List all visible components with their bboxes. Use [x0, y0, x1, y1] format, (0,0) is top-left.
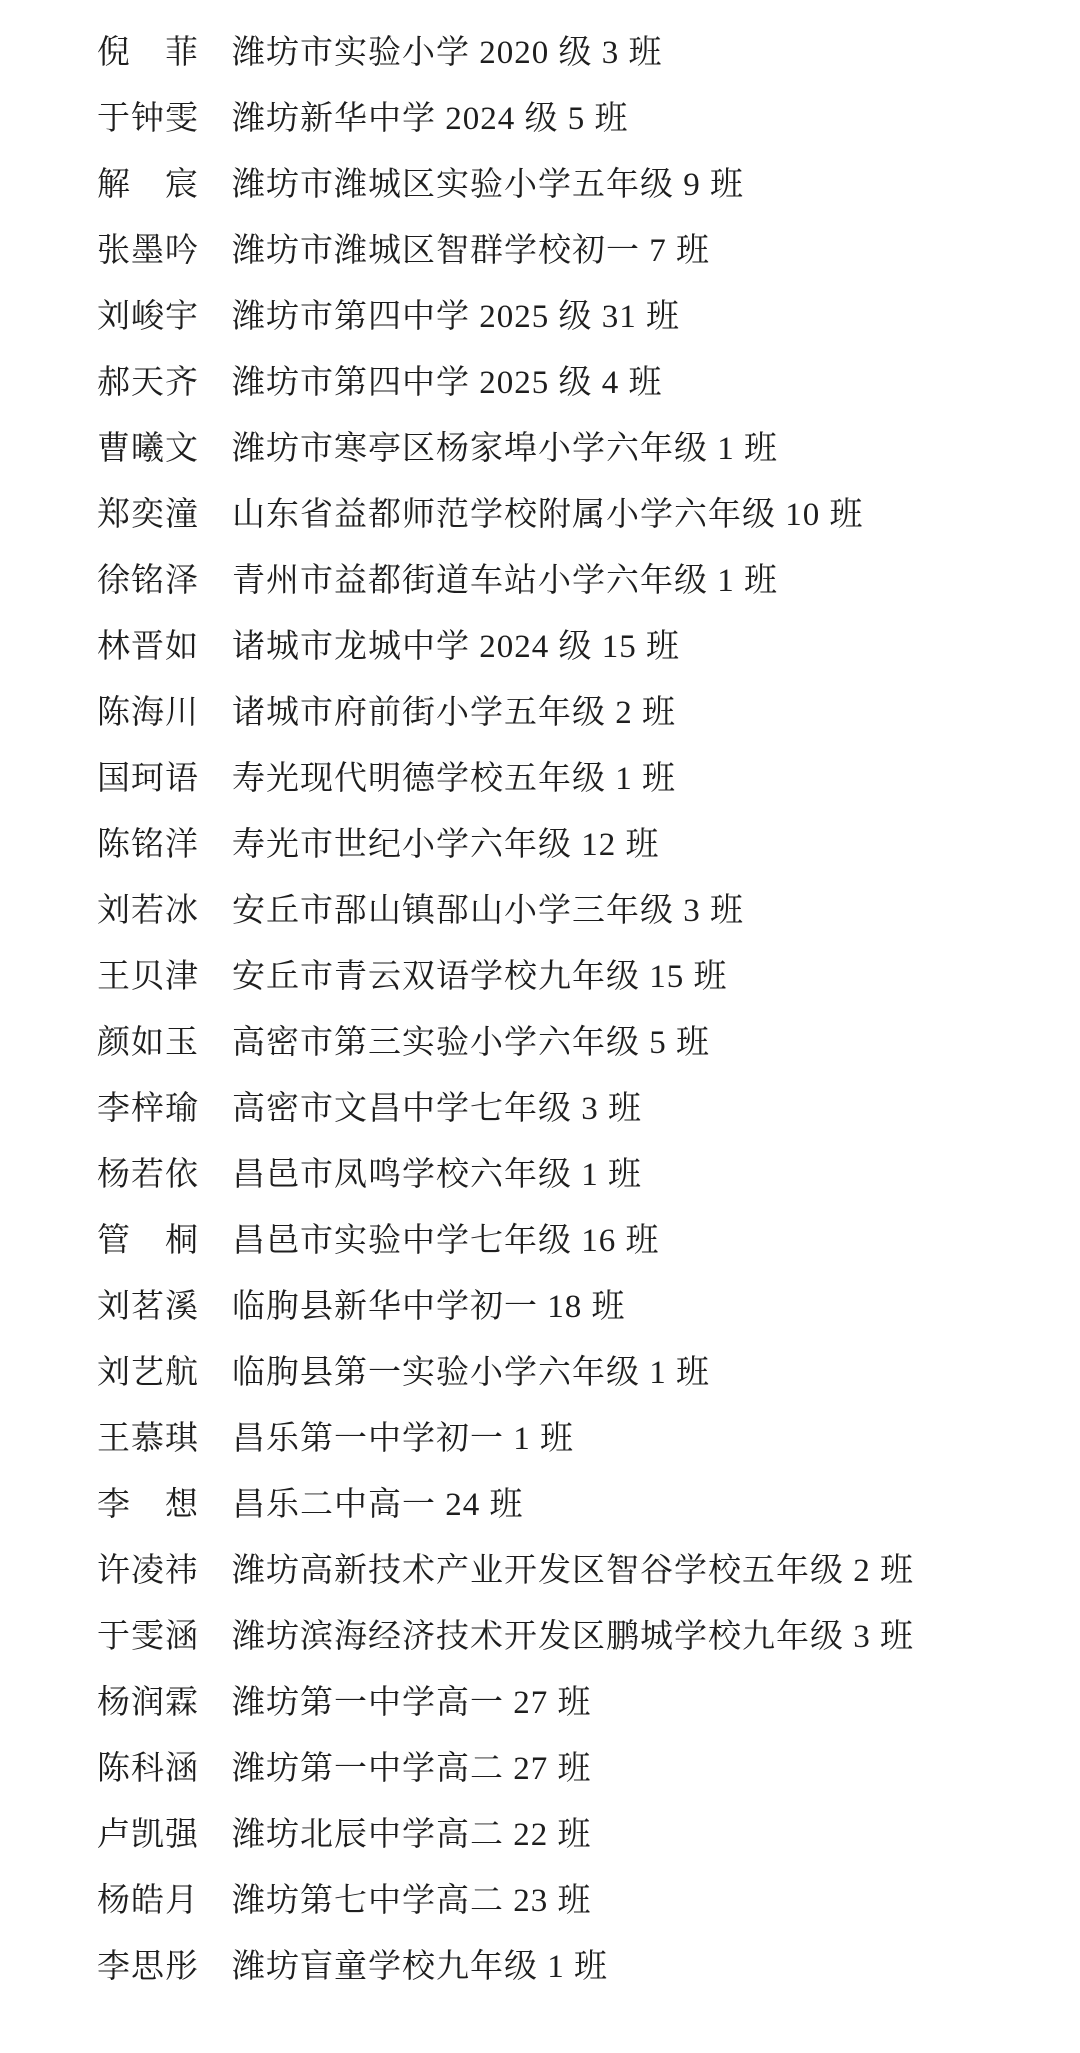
- roster-row: 倪 菲 潍坊市实验小学 2020 级 3 班: [97, 20, 1050, 86]
- school-class: 潍坊市潍城区智群学校初一 7 班: [232, 235, 710, 268]
- school-class: 潍坊第七中学高二 23 班: [232, 1885, 592, 1918]
- roster-row: 刘茗溪 临朐县新华中学初一 18 班: [97, 1274, 1050, 1340]
- school-class: 高密市第三实验小学六年级 5 班: [232, 1027, 710, 1060]
- school-class: 安丘市青云双语学校九年级 15 班: [232, 961, 728, 994]
- student-name: 陈科涵: [97, 1753, 202, 1786]
- roster-row: 郝天齐 潍坊市第四中学 2025 级 4 班: [97, 350, 1050, 416]
- student-name: 王慕琪: [97, 1423, 202, 1456]
- roster-row: 国珂语 寿光现代明德学校五年级 1 班: [97, 746, 1050, 812]
- school-class: 昌邑市实验中学七年级 16 班: [232, 1225, 660, 1258]
- student-name: 李思彤: [97, 1951, 202, 1984]
- roster-row: 杨若依 昌邑市凤鸣学校六年级 1 班: [97, 1142, 1050, 1208]
- roster-row: 陈海川 诸城市府前街小学五年级 2 班: [97, 680, 1050, 746]
- school-class: 临朐县新华中学初一 18 班: [232, 1291, 626, 1324]
- student-name: 于钟雯: [97, 103, 202, 136]
- roster-row: 王慕琪 昌乐第一中学初一 1 班: [97, 1406, 1050, 1472]
- roster-row: 解 宸 潍坊市潍城区实验小学五年级 9 班: [97, 152, 1050, 218]
- roster-row: 刘峻宇 潍坊市第四中学 2025 级 31 班: [97, 284, 1050, 350]
- student-name: 倪 菲: [97, 37, 202, 70]
- student-name: 管 桐: [97, 1225, 202, 1258]
- school-class: 青州市益都街道车站小学六年级 1 班: [232, 565, 778, 598]
- roster-row: 曹曦文 潍坊市寒亭区杨家埠小学六年级 1 班: [97, 416, 1050, 482]
- school-class: 昌乐二中高一 24 班: [232, 1489, 524, 1522]
- student-name: 郑奕潼: [97, 499, 202, 532]
- roster-row: 徐铭泽 青州市益都街道车站小学六年级 1 班: [97, 548, 1050, 614]
- student-name: 林晋如: [97, 631, 202, 664]
- student-name: 徐铭泽: [97, 565, 202, 598]
- student-name: 刘若冰: [97, 895, 202, 928]
- student-name: 解 宸: [97, 169, 202, 202]
- roster-row: 李梓瑜 高密市文昌中学七年级 3 班: [97, 1076, 1050, 1142]
- school-class: 昌乐第一中学初一 1 班: [232, 1423, 574, 1456]
- school-class: 高密市文昌中学七年级 3 班: [232, 1093, 642, 1126]
- roster-row: 刘若冰 安丘市郚山镇郚山小学三年级 3 班: [97, 878, 1050, 944]
- school-class: 潍坊第一中学高一 27 班: [232, 1687, 592, 1720]
- student-name: 杨若依: [97, 1159, 202, 1192]
- school-class: 潍坊市第四中学 2025 级 4 班: [232, 367, 663, 400]
- school-class: 潍坊滨海经济技术开发区鹏城学校九年级 3 班: [232, 1621, 914, 1654]
- student-name: 曹曦文: [97, 433, 202, 466]
- roster-row: 刘艺航 临朐县第一实验小学六年级 1 班: [97, 1340, 1050, 1406]
- student-name: 国珂语: [97, 763, 202, 796]
- student-name: 杨皓月: [97, 1885, 202, 1918]
- student-name: 张墨吟: [97, 235, 202, 268]
- student-name: 颜如玉: [97, 1027, 202, 1060]
- roster-row: 颜如玉 高密市第三实验小学六年级 5 班: [97, 1010, 1050, 1076]
- student-name: 刘峻宇: [97, 301, 202, 334]
- school-class: 潍坊市实验小学 2020 级 3 班: [232, 37, 663, 70]
- school-class: 潍坊新华中学 2024 级 5 班: [232, 103, 629, 136]
- student-name: 刘茗溪: [97, 1291, 202, 1324]
- school-class: 诸城市龙城中学 2024 级 15 班: [232, 631, 680, 664]
- roster-row: 于雯涵 潍坊滨海经济技术开发区鹏城学校九年级 3 班: [97, 1604, 1050, 1670]
- school-class: 临朐县第一实验小学六年级 1 班: [232, 1357, 710, 1390]
- roster-row: 许凌祎 潍坊高新技术产业开发区智谷学校五年级 2 班: [97, 1538, 1050, 1604]
- student-name: 杨润霖: [97, 1687, 202, 1720]
- roster-row: 陈铭洋 寿光市世纪小学六年级 12 班: [97, 812, 1050, 878]
- roster-row: 林晋如 诸城市龙城中学 2024 级 15 班: [97, 614, 1050, 680]
- roster-row: 卢凯强 潍坊北辰中学高二 22 班: [97, 1802, 1050, 1868]
- student-name: 李 想: [97, 1489, 202, 1522]
- student-name: 许凌祎: [97, 1555, 202, 1588]
- school-class: 潍坊北辰中学高二 22 班: [232, 1819, 592, 1852]
- roster-row: 郑奕潼 山东省益都师范学校附属小学六年级 10 班: [97, 482, 1050, 548]
- roster-row: 杨润霖 潍坊第一中学高一 27 班: [97, 1670, 1050, 1736]
- roster-row: 管 桐 昌邑市实验中学七年级 16 班: [97, 1208, 1050, 1274]
- school-class: 寿光现代明德学校五年级 1 班: [232, 763, 676, 796]
- student-roster: 倪 菲 潍坊市实验小学 2020 级 3 班 于钟雯 潍坊新华中学 2024 级…: [97, 20, 1050, 2000]
- school-class: 安丘市郚山镇郚山小学三年级 3 班: [232, 895, 744, 928]
- student-name: 陈海川: [97, 697, 202, 730]
- school-class: 昌邑市凤鸣学校六年级 1 班: [232, 1159, 642, 1192]
- student-name: 刘艺航: [97, 1357, 202, 1390]
- student-name: 郝天齐: [97, 367, 202, 400]
- school-class: 潍坊第一中学高二 27 班: [232, 1753, 592, 1786]
- school-class: 潍坊高新技术产业开发区智谷学校五年级 2 班: [232, 1555, 914, 1588]
- roster-row: 陈科涵 潍坊第一中学高二 27 班: [97, 1736, 1050, 1802]
- school-class: 潍坊盲童学校九年级 1 班: [232, 1951, 608, 1984]
- student-name: 于雯涵: [97, 1621, 202, 1654]
- school-class: 山东省益都师范学校附属小学六年级 10 班: [232, 499, 864, 532]
- school-class: 潍坊市潍城区实验小学五年级 9 班: [232, 169, 744, 202]
- student-name: 王贝津: [97, 961, 202, 994]
- school-class: 潍坊市第四中学 2025 级 31 班: [232, 301, 680, 334]
- roster-row: 李 想 昌乐二中高一 24 班: [97, 1472, 1050, 1538]
- document-page: 倪 菲 潍坊市实验小学 2020 级 3 班 于钟雯 潍坊新华中学 2024 级…: [0, 0, 1080, 2053]
- roster-row: 杨皓月 潍坊第七中学高二 23 班: [97, 1868, 1050, 1934]
- roster-row: 张墨吟 潍坊市潍城区智群学校初一 7 班: [97, 218, 1050, 284]
- school-class: 潍坊市寒亭区杨家埠小学六年级 1 班: [232, 433, 778, 466]
- roster-row: 李思彤 潍坊盲童学校九年级 1 班: [97, 1934, 1050, 2000]
- student-name: 陈铭洋: [97, 829, 202, 862]
- roster-row: 于钟雯 潍坊新华中学 2024 级 5 班: [97, 86, 1050, 152]
- roster-row: 王贝津 安丘市青云双语学校九年级 15 班: [97, 944, 1050, 1010]
- student-name: 李梓瑜: [97, 1093, 202, 1126]
- school-class: 寿光市世纪小学六年级 12 班: [232, 829, 660, 862]
- student-name: 卢凯强: [97, 1819, 202, 1852]
- school-class: 诸城市府前街小学五年级 2 班: [232, 697, 676, 730]
